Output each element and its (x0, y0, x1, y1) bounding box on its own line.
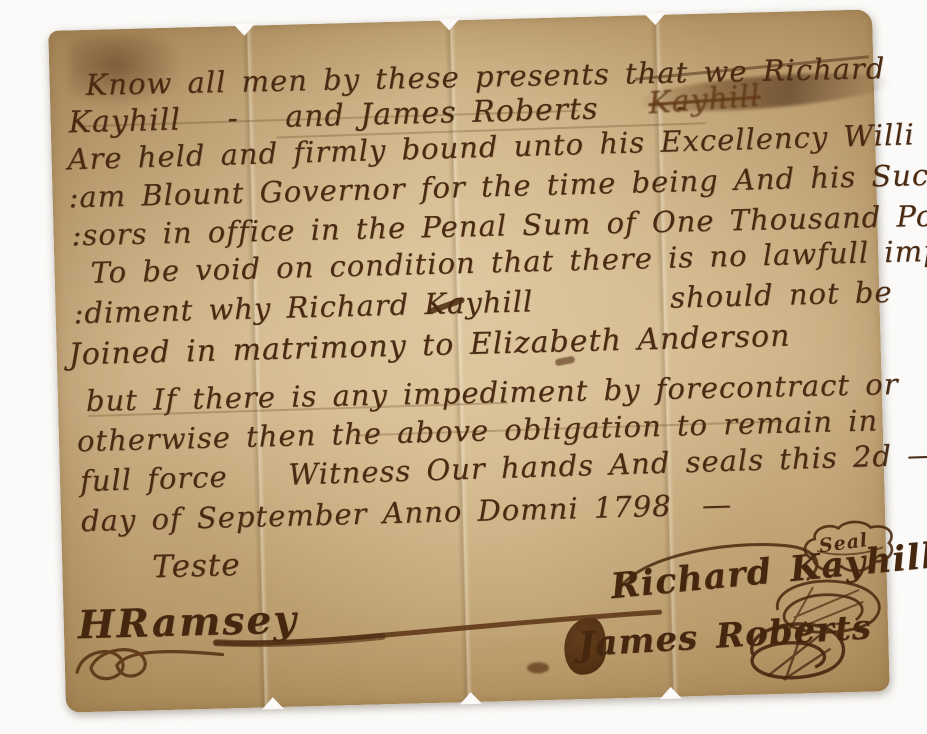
signature-flourish-loops (72, 634, 243, 690)
scanned-document-photo: { "doc": { "lines": [ "Know all men by t… (0, 0, 927, 734)
struck-out-word: Kayhill (647, 79, 761, 120)
torn-notch (233, 23, 255, 36)
torn-notch (660, 687, 682, 700)
attestation-word: Teste (152, 548, 241, 584)
torn-notch (460, 692, 482, 705)
ink-mark (527, 662, 549, 674)
seal-scribble (722, 608, 854, 691)
torn-notch (262, 697, 284, 710)
document-line-12: day of September Anno Domni 1798 — (81, 489, 733, 538)
torn-notch (438, 18, 460, 31)
aged-paper-sheet: Know all men by these presents that we R… (48, 9, 890, 712)
torn-notch (644, 13, 666, 26)
